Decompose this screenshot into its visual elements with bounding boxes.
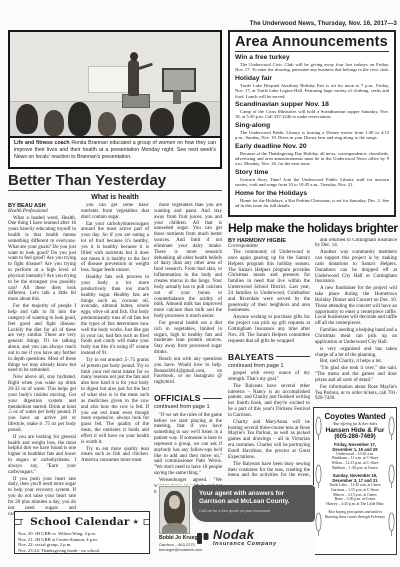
announcement-item: Story time Unicorn Story Time! Join the … bbox=[235, 169, 389, 187]
photo-audience-head bbox=[98, 112, 116, 136]
announcement-heading: Early deadline Nov. 20 bbox=[235, 143, 389, 150]
school-calendar-header: School Calendar ★ bbox=[18, 513, 146, 531]
fur-stretcher-icon bbox=[388, 416, 395, 440]
photo-audience-head bbox=[150, 108, 174, 136]
photo-tv-screen bbox=[162, 68, 196, 92]
announcement-heading: Scandinavian supper Nov. 18 bbox=[235, 101, 389, 108]
photo-podium bbox=[122, 94, 150, 108]
photo-presenter-arm bbox=[137, 63, 153, 71]
announcement-body: Because of the Thanksgiving Day Holiday,… bbox=[235, 151, 389, 167]
article-column-2: you can get some basic nutrients from ve… bbox=[81, 203, 149, 515]
announcement-body: The Underwood Civic Club will be giving … bbox=[235, 62, 389, 73]
photo-audience-head bbox=[122, 114, 142, 136]
article-paragraph: If you push your heart rate daily, then … bbox=[8, 477, 76, 515]
news-photo-box: Life and fitness coach Renita Brannan ed… bbox=[8, 30, 222, 169]
nodak-brand-subtitle: Insurance Company bbox=[213, 541, 277, 547]
officials-jump-head: OFFICIALS bbox=[154, 393, 222, 403]
article-paragraph: Charity and MaryAnna will be hosting sev… bbox=[228, 420, 310, 461]
article-paragraph: "If we set the rules of the game before … bbox=[154, 413, 222, 477]
schedule-line: Baldwin – 1:30 p.m. at Cenex bbox=[323, 466, 387, 471]
agent-photo-face bbox=[169, 495, 180, 509]
nodak-logo-icon bbox=[197, 531, 210, 549]
coyotes-ad-subtitle: Also offering fox & deer hides bbox=[323, 422, 387, 426]
photo-audience-head bbox=[68, 102, 91, 136]
article-columns: BY BEAU ASH Health Professional What a l… bbox=[8, 203, 222, 515]
coyotes-ad-footer-line: Also buying porcupines and antlers bbox=[328, 510, 382, 514]
fur-stretcher-icon bbox=[315, 416, 322, 440]
announcement-heading: Win a free turkey bbox=[235, 54, 389, 61]
column-title: Better Than Yesterday bbox=[8, 172, 222, 191]
calendar-item: Nov. 23-24: Thanksgiving break - no scho… bbox=[18, 548, 146, 554]
article-paragraph: If you are looking for general health an… bbox=[8, 435, 76, 476]
announcement-body: The Underwood Public Library is hosting … bbox=[235, 130, 389, 141]
page-header: The Underwood News, Thursday, Nov. 16, 2… bbox=[150, 21, 397, 27]
announcement-heading: Sing-along bbox=[235, 122, 389, 129]
fur-stretcher-icon bbox=[315, 512, 322, 536]
article-column-3: more vegetables than you are wanting and… bbox=[154, 203, 222, 515]
balyeats-jump-head: BALYEATS bbox=[228, 352, 310, 362]
announcement-heading: Holiday fair bbox=[235, 75, 389, 82]
nodak-pitch-text: Your agent with answers for Garrison and… bbox=[199, 490, 308, 507]
agent-photo bbox=[159, 486, 190, 534]
announcement-body: Unicorn Story Time! Join the Underwood P… bbox=[235, 177, 389, 188]
announcement-item: Scandinavian supper Nov. 18 Camp of the … bbox=[235, 101, 389, 119]
coyotes-ad-business: Hansen Hide & Fur bbox=[323, 427, 387, 434]
coyotes-wanted-ad: Coyotes Wanted Also offering fox & deer … bbox=[313, 407, 397, 555]
article-paragraph: is very organized and has taken charge o… bbox=[315, 347, 397, 359]
article-paragraph: What a loaded word, Health. One thing I … bbox=[8, 216, 76, 304]
byline-role: Health Professional bbox=[8, 209, 76, 214]
article-paragraph: Try to eat around .5-.75 grams of protei… bbox=[81, 358, 149, 446]
agent-email: bkrueger@nodakins.com bbox=[159, 547, 202, 552]
photo-audience-head bbox=[182, 102, 210, 136]
photo-caption: Life and fitness coach Renita Brannan ed… bbox=[10, 136, 220, 162]
announcement-item: Holiday fair Turtle Lake Hospital Auxili… bbox=[235, 75, 389, 99]
article-paragraph: gospel with every ounce of my strength. … bbox=[228, 371, 310, 383]
news-photo bbox=[10, 32, 220, 136]
article-paragraph: you can get some basic nutrients from ve… bbox=[81, 203, 149, 221]
announcement-heading: Story time bbox=[235, 169, 389, 176]
announcement-item: Early deadline Nov. 20 Because of the Th… bbox=[235, 143, 389, 167]
article-paragraph: For information about Rose Maylie's Tea … bbox=[315, 385, 397, 400]
photo-audience-head bbox=[44, 110, 64, 136]
photo-presenter bbox=[128, 60, 139, 96]
article-paragraph: Try to eat more quality lean meats such … bbox=[81, 447, 149, 465]
article-paragraph: The Balyeats have been busy sewing their… bbox=[228, 462, 310, 478]
article-subtitle: What is health bbox=[8, 194, 222, 201]
article-headline: Help make the holidays brighter bbox=[228, 221, 397, 235]
article-paragraph: Eat your carbohydrates/sugars around the… bbox=[81, 222, 149, 275]
article-paragraph: For general health eat a diet rich in ve… bbox=[154, 321, 222, 356]
photo-audience-head bbox=[16, 104, 38, 134]
article-paragraph: Anyone wishing to purchase gifts for the… bbox=[228, 315, 310, 344]
area-announcements-box: Area Announcements Win a free turkey The… bbox=[228, 30, 396, 217]
announcement-body: Camp of the Cross Ministries will hold a… bbox=[235, 109, 389, 120]
article-paragraph: more vegetables than you are wanting and… bbox=[154, 203, 222, 320]
article-paragraph: and returned to Cottingham Insurance by … bbox=[315, 238, 397, 250]
nodak-logo: Nodak Insurance Company bbox=[197, 528, 277, 549]
help-column-2: and returned to Cottingham Insurance by … bbox=[315, 238, 397, 400]
coyotes-ad-title: Coyotes Wanted bbox=[323, 412, 387, 421]
school-calendar-title: School Calendar bbox=[30, 516, 129, 528]
article-paragraph: Now above all, stay hydrated. Right when… bbox=[8, 375, 76, 433]
article-paragraph: But, said Charity, it helps a lot. bbox=[315, 359, 397, 365]
article-paragraph: The community of Underwood is once again… bbox=[228, 250, 310, 314]
announcement-body: Turtle Lake Hospital Auxiliary Holiday F… bbox=[235, 83, 389, 99]
article-paragraph: A new fundraiser for the project will ta… bbox=[315, 286, 397, 327]
schedule-header: December 1, 15 and 29 bbox=[323, 447, 387, 452]
photo-caption-lead: Life and fitness coach bbox=[14, 140, 70, 146]
article-paragraph: For the majority of people I help and ta… bbox=[8, 304, 76, 374]
agent-photo-shoulders bbox=[162, 523, 187, 534]
fur-stretcher-icon bbox=[388, 464, 395, 488]
nodak-pitch-box: Your agent with answers for Garrison and… bbox=[192, 485, 315, 522]
nodak-insurance-ad: Bobbi Jo Krueger Garrison – 463-2275 bkr… bbox=[157, 485, 315, 557]
officials-title: OFFICIALS bbox=[154, 393, 201, 403]
newspaper-page: The Underwood News, Thursday, Nov. 16, 2… bbox=[0, 0, 400, 567]
schedule-line: Harvey – 4:45 p.m. at The Little Mart bbox=[323, 502, 387, 507]
pencil-icon bbox=[142, 513, 150, 531]
nodak-brand-name: Nodak bbox=[213, 528, 277, 541]
coyotes-ad-phone: (605-286-7469) bbox=[323, 434, 387, 440]
article-paragraph: Another way community members can suppor… bbox=[315, 250, 397, 285]
article-paragraph: Healthy fats will process in your body a… bbox=[81, 275, 149, 357]
announcement-heading: Home for the Holidays bbox=[235, 190, 389, 197]
schedule-line: Turtle Lake – 11:45 a.m. at Cenex bbox=[323, 483, 387, 488]
pencil-icon bbox=[14, 513, 24, 531]
nodak-pitch-subtext: Call me for a free quote on your insuran… bbox=[199, 509, 308, 513]
balyeats-continued: continued from page 1 bbox=[228, 363, 310, 369]
nodak-logo-text: Nodak Insurance Company bbox=[213, 528, 277, 547]
coyotes-ad-footer: Also buying porcupines and antlers Runni… bbox=[323, 510, 387, 520]
article-column-1: BY BEAU ASH Health Professional What a l… bbox=[8, 203, 76, 515]
star-icon: ★ bbox=[133, 519, 139, 526]
article-paragraph: Reach out with any questions you have. W… bbox=[154, 357, 222, 386]
schedule-header: December 3, 17 and 31 bbox=[323, 478, 387, 483]
article-paragraph: The Balyeats have several other interest… bbox=[228, 384, 310, 419]
fur-stretcher-icon bbox=[315, 464, 322, 488]
announcement-item: Home for the Holidays Home for the Holid… bbox=[235, 190, 389, 208]
photo-whiteboard bbox=[88, 66, 130, 93]
jump-rule bbox=[276, 356, 310, 357]
better-than-yesterday-article: Better Than Yesterday What is health BY … bbox=[8, 172, 222, 515]
announcement-item: Win a free turkey The Underwood Civic Cl… bbox=[235, 54, 389, 72]
schedule-line: Garrison – 1:15 p.m. at C-Store bbox=[323, 488, 387, 493]
fur-stretcher-icon bbox=[388, 512, 395, 536]
announcement-item: Sing-along The Underwood Public Library … bbox=[235, 122, 389, 140]
school-calendar-box: School Calendar ★ Nov. 20: JH GBB vs. Wi… bbox=[14, 511, 150, 554]
article-paragraph: "I'm glad she took it over," she said. "… bbox=[315, 366, 397, 384]
photo-tv-stand bbox=[173, 90, 181, 104]
area-announcements-title: Area Announcements bbox=[235, 34, 389, 52]
coyotes-ad-footer-line: Running these routes through February bbox=[325, 515, 385, 519]
byline-role: Correspondent bbox=[228, 244, 310, 249]
jump-rule bbox=[203, 398, 222, 399]
balyeats-title: BALYEATS bbox=[228, 352, 274, 362]
article-paragraph: Families needing a helping hand and a Ch… bbox=[315, 328, 397, 346]
announcement-body: Home for the Holidays, a Kat Perkins Chr… bbox=[235, 198, 389, 209]
photo-presenter-head bbox=[130, 52, 138, 61]
officials-continued: continued from page 1 bbox=[154, 404, 222, 410]
help-column-1: BY HARMONY HIGBIE Correspondent The comm… bbox=[228, 238, 310, 478]
agent-name: Bobbi Jo Krueger bbox=[159, 535, 203, 541]
